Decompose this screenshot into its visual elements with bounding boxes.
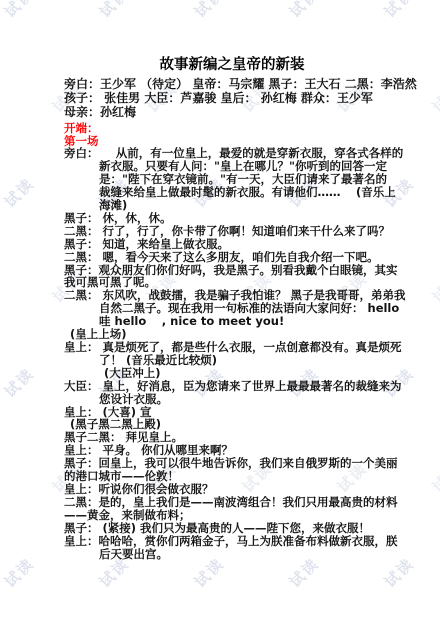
page-title: 故事新编之皇帝的新装 xyxy=(64,56,400,74)
document-page: 试读试读试读试读试读试读试读试读试读试读试读试读试读试读试读试读试读试读试读试读… xyxy=(0,0,440,620)
script-line: 了！ (音乐最近比较烦) xyxy=(64,354,400,367)
watermark-text: 试读 xyxy=(190,0,229,22)
watermark-text: 试读 xyxy=(285,0,324,22)
script-line: 您设计衣服。 xyxy=(64,393,400,406)
script-line: ——黄金，来制做布料； xyxy=(64,509,400,522)
watermark-text: 试读 xyxy=(0,363,38,402)
script-line: 黑子： (紧接) 我们只为最高贵的人——陛下您，来做衣服！ xyxy=(64,522,400,535)
script-line: 后天要出宫。 xyxy=(64,548,400,561)
watermark-text: 试读 xyxy=(0,553,38,592)
script-line: 黑子： 知道，来给皇上做衣服。 xyxy=(64,238,400,251)
script-line: 开端： xyxy=(64,122,400,135)
script-line: 皇上：听说你们很会做衣服？ xyxy=(64,483,400,496)
script-line: 二黑： 行了，行了，你卡带了你啊！知道咱们来干什么来了吗？ xyxy=(64,225,400,238)
watermark-text: 试读 xyxy=(380,0,419,22)
document-body: 故事新编之皇帝的新装 旁白：王少军 （待定） 皇帝：马宗耀 黑子：王大石 二黑：… xyxy=(64,56,400,560)
cast-line: 旁白：王少军 （待定） 皇帝：马宗耀 黑子：王大石 二黑：李浩然 xyxy=(64,77,400,91)
watermark-text: 试读 xyxy=(428,268,440,307)
watermark-text: 试读 xyxy=(428,458,440,497)
cast-list: 旁白：王少军 （待定） 皇帝：马宗耀 黑子：王大石 二黑：李浩然孩子： 张佳男 … xyxy=(64,77,400,120)
script-line: (大臣冲上) xyxy=(64,367,400,380)
script-line: 黑子： 休，休，休。 xyxy=(64,212,400,225)
watermark-text: 试读 xyxy=(428,78,440,117)
script-lines: 开端：第一场旁白： 从前，有一位皇上，最爱的就是穿新衣服，穿各式各样的新衣服。只… xyxy=(64,122,400,561)
watermark-text: 试读 xyxy=(0,173,38,212)
watermark-text: 试读 xyxy=(0,0,38,22)
script-line: 皇上：哈哈哈，赏你们两箱金子，马上为朕准备布料做新衣服，朕 xyxy=(64,535,400,548)
watermark-text: 试读 xyxy=(95,0,134,22)
script-line: 皇上： 真是烦死了，都是些什么衣服，一点创意都没有。真是烦死 xyxy=(64,341,400,354)
cast-line: 孩子： 张佳男 大臣：芦嘉骏 皇后： 孙红梅 群众：王少军 xyxy=(64,91,400,105)
script-line: 大臣： 皇上，好消息，臣为您请来了世界上最最最著名的裁缝来为 xyxy=(64,380,400,393)
script-line: 二黑： 嗯，看今天来了这么多朋友，咱们先自我介绍一下吧。 xyxy=(64,251,400,264)
cast-line: 母亲：孙红梅 xyxy=(64,105,400,119)
script-line: 二黑：是的，皇上我们是——南波湾组合！我们只用最高贵的材料 xyxy=(64,496,400,509)
